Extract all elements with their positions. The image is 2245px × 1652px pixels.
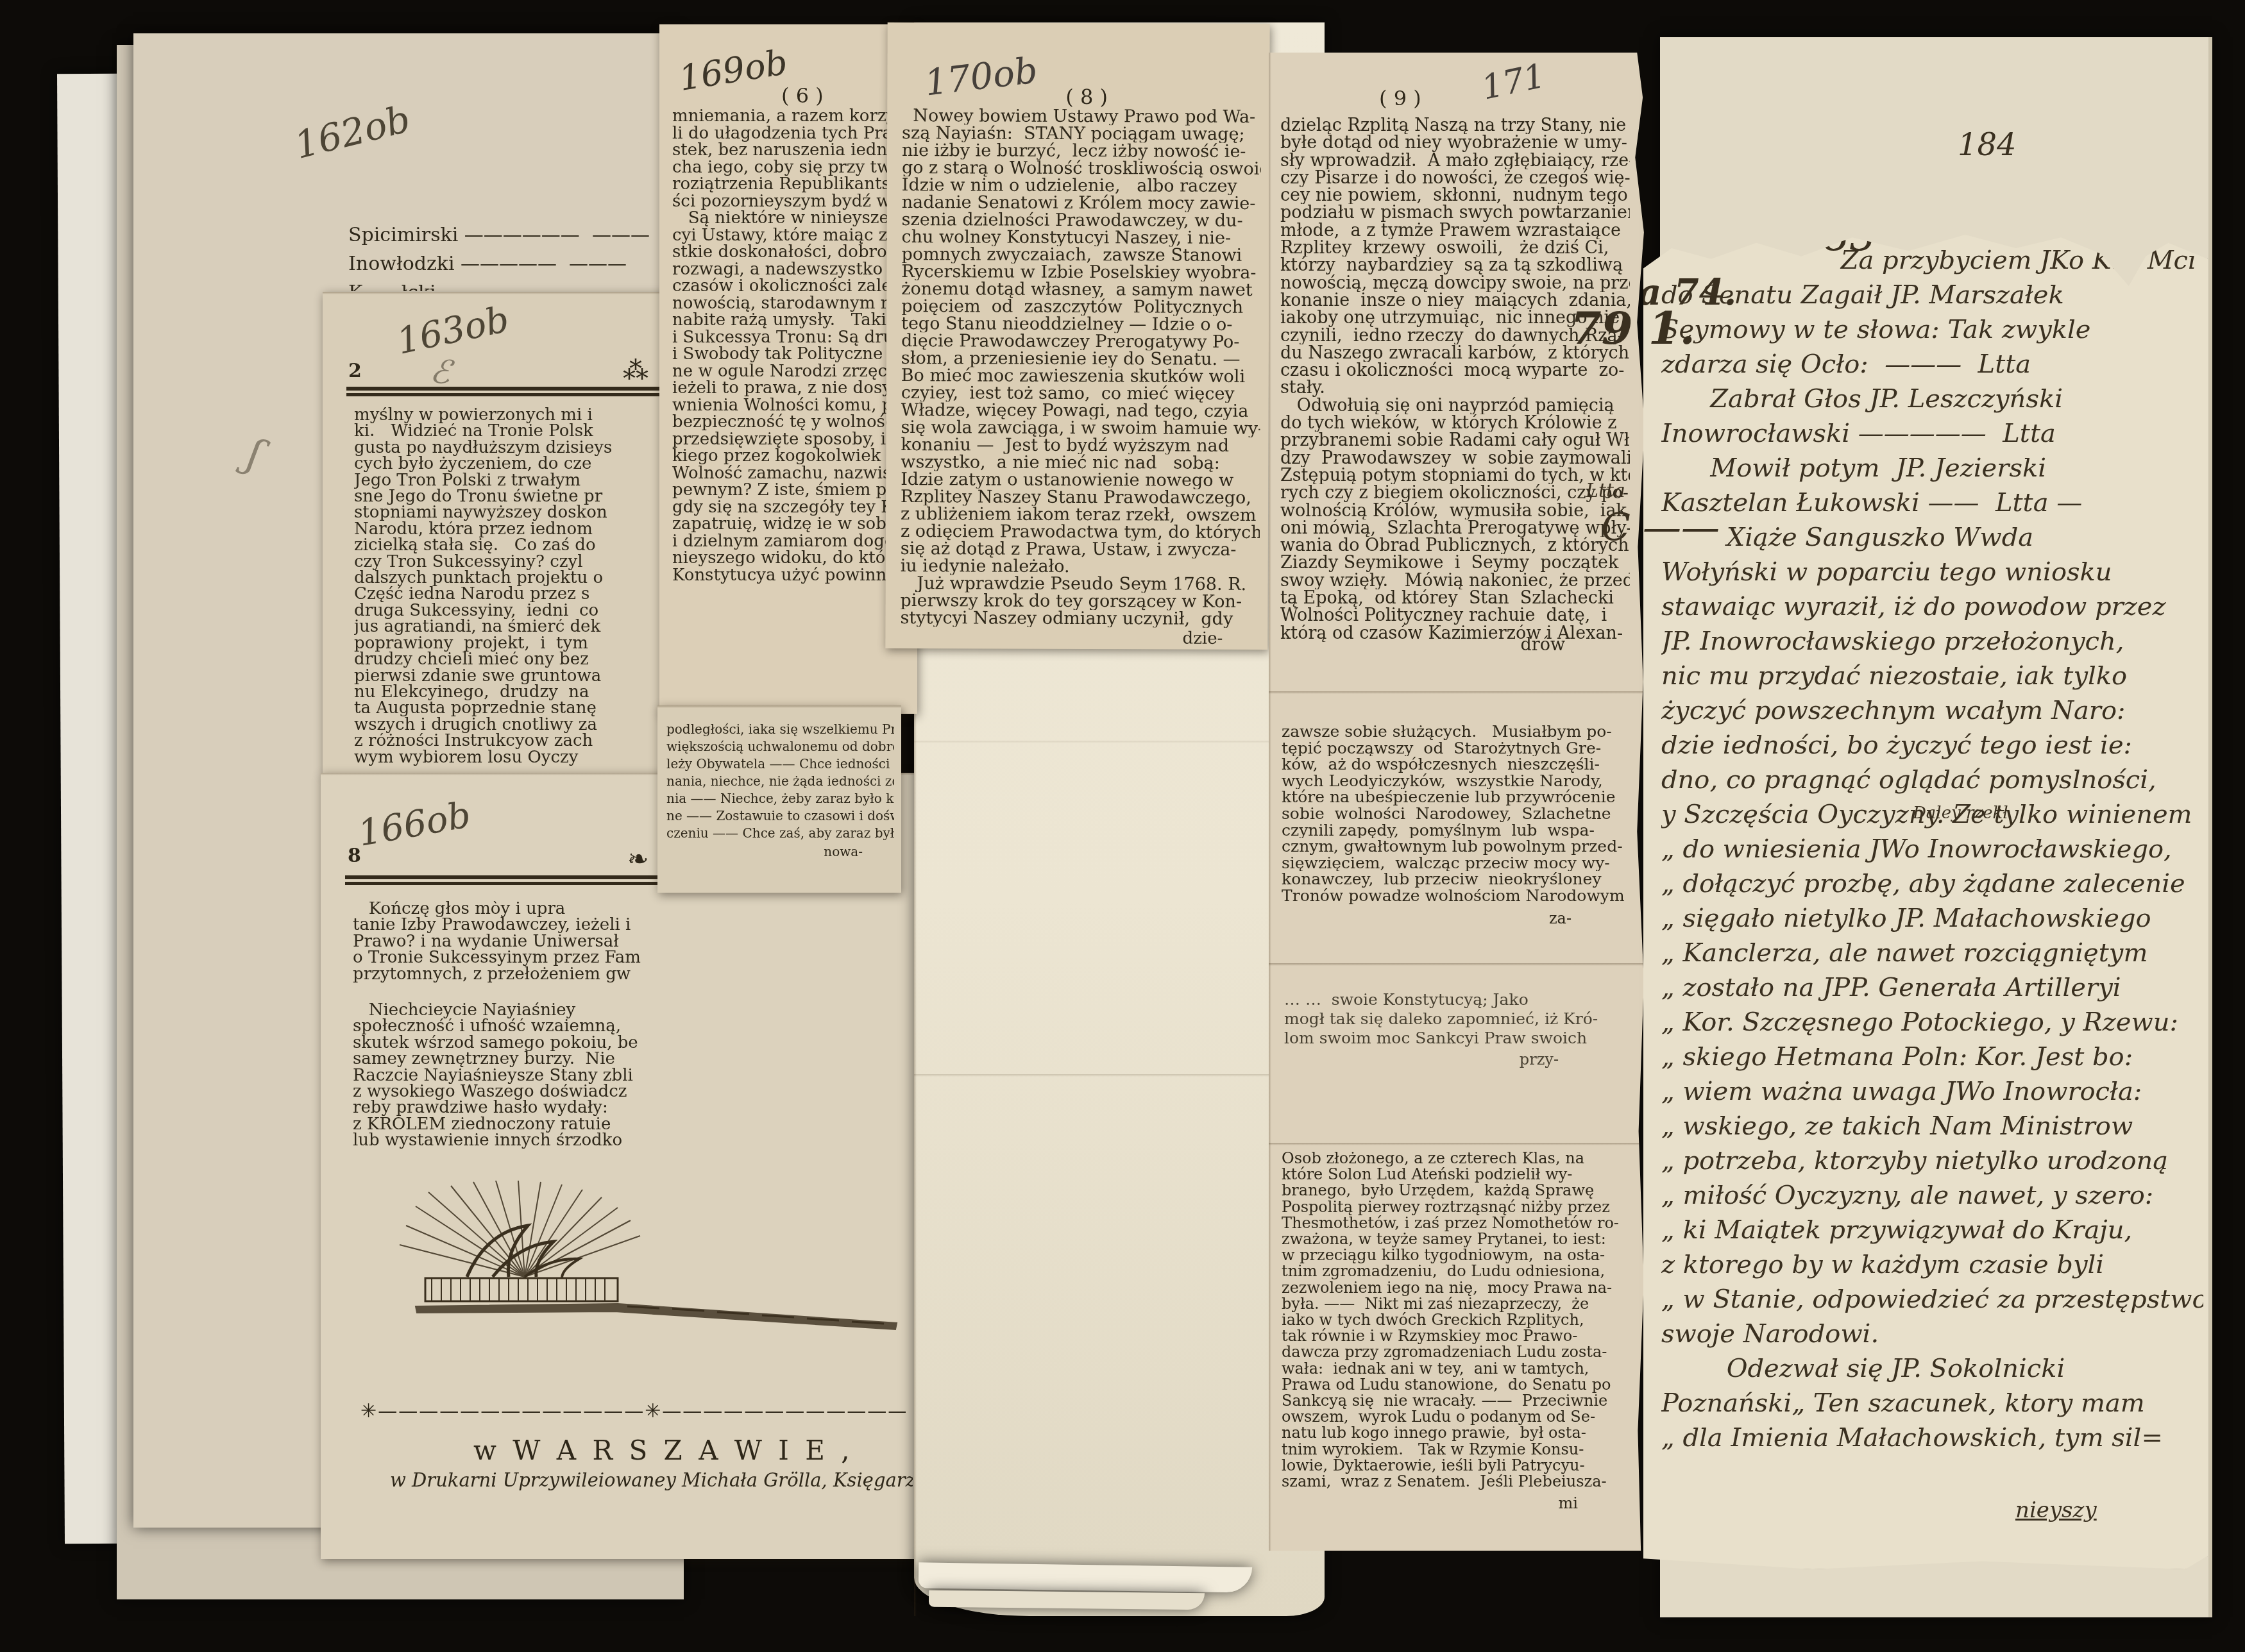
text-line: życzyć powszechnym wcałym Naro: [1661,693,2203,728]
list-item: K——łcki ———— ——— [348,278,672,291]
text-line: dno, co pragnąć oglądać pomyslności, [1661,763,2203,797]
text-line: dzieląc Rzplitą Naszą na trzy Stany, nie [1280,117,1630,134]
text-line: stały. [1280,379,1630,396]
text-line: wania do Obrad Publicznych, z których [1280,537,1630,554]
catchword: drów [1520,635,1565,655]
text-line: przedsięwzięte sposoby, iżby [672,431,906,448]
text-line: „ dołączyć prozbę, aby żądane zalecenie [1661,866,2203,901]
text-line: stytycyi Naszey odmiany uczynił, gdy [900,609,1259,628]
text-line: i dzielnym zamiarom dogod [672,533,906,550]
catchword: za- [1549,909,1571,927]
text-line: przytomnych, z przełożeniem gw [353,966,677,982]
text-line: z KROLEM ziednoczony ratuie [353,1117,677,1133]
text-line: tnim wyrokiem. Tak w Rzymie Konsu- [1282,1442,1631,1458]
text-line: cey nie powiem, skłonni, nudnym tego [1280,187,1630,204]
text-line: jus agratiandi, na śmierć dek [354,619,678,635]
text-line: sły wprowadził. A mało zgłębiaiący, rze- [1280,152,1630,169]
text-line: byłe dotąd od niey wyobrażenie w umy- [1280,134,1630,151]
text-line: ieżeli to prawa, z nie dosyć [672,380,906,397]
text-line: „ wiem ważna uwaga JWo Inowrocła: [1661,1074,2203,1109]
tally-dash: ————— ——— [461,253,627,275]
text-line: sne Jego do Tronu świetne pr [354,489,678,505]
text-line: się wola zawciąga, i w swoim hamuie wy- [901,419,1260,437]
text-line: „ do wniesienia JWo Inowrocławskiego, [1661,832,2203,866]
text-line: myślny w powierzonych mi i [354,407,678,423]
page-header: ( 8 ) [1065,85,1108,109]
text-line: Ziazdy Seymikowe i Seymy początek [1280,554,1630,571]
text-line: reby prawdziwe hasło wydały: [353,1100,677,1116]
text-line: które Solon Lud Ateński podzielił wy- [1282,1167,1631,1183]
text-line: iu iedynie należało. [901,557,1260,576]
text-line: „ Kor. Szczęsnego Potockiego, y Rzewu: [1661,1005,2203,1040]
text-line: swoje Narodowi. [1661,1317,2203,1351]
text-line: Rycerskiemu w Izbie Poselskiey wyobra- [901,263,1260,282]
text-line: Thesmothetów, i zaś przez Nomothetów ro- [1282,1215,1631,1231]
text-line: wszystko, a nie mieć nic nad sobą: [901,453,1260,472]
page-header: ( 6 ) [781,83,824,108]
text-line: dzy Prawodawszey w sobie zaymowali. [1280,450,1630,467]
text-line: oni mówią, Szlachta Prerogatywę wpły- [1280,519,1630,537]
text-line: Rzplitey Naszey Stanu Prawodawczego, [901,488,1260,507]
text-line: mniemania, a razem korzystaymy [672,108,906,125]
text-line: czasów i okoliczności zaletę, s [672,278,906,295]
text-line: swoy wzięły. Mówią nakoniec, że przed [1280,572,1630,589]
text-line: nie iżby ie burzyć, lecz iżby nowość ie- [902,142,1261,160]
text-line: dalszych punktach projektu o [354,570,678,586]
deputy-list: Spicimirski —————— ——— Inowłodzki ————— … [348,221,672,291]
text-line: nic mu przydać niezostaie, iak tylko [1661,659,2203,693]
printed-column-169: mniemania, a razem korzystaymyli do ułag… [672,108,906,584]
text-line: z odięciem Prawodactwa tym, do których [901,523,1260,541]
text-line: czyiey, iest toż samo, co mieć więcey [901,384,1260,403]
text-line: zważona, w teyże samey Prytanei, to iest… [1282,1231,1631,1247]
text-line: natu lub kogo innego prawie, był osta- [1282,1425,1631,1441]
text-line: wych Leodyiczyków, wszystkie Narody, [1282,773,1628,789]
text-line: tępić począwszy od Starożytnych Gre- [1282,740,1628,757]
text-line: Wolność zamachu, nazwisze [672,465,906,482]
deputy-name: Spicimirski [348,224,458,246]
interlinear-insertion: Daley rzekł [1913,804,2008,823]
text-line: się aż dotąd z Prawa, Ustaw, i zwycza- [901,540,1260,559]
sheet-163ob: 163ob 2 ℰ ⁂ myślny w powierzonych mi iki… [323,292,680,774]
text-line: większością uchwalonemu od dobrego na- [666,738,894,755]
book-page-edge-left [57,74,126,1544]
text-line: ści pozornieyszym bydź wyrażał [672,193,906,210]
text-line: podległości, iaka się wszelkiemu Prawu [666,721,894,738]
text-line: pierwsi zdanie swe gruntowa [354,668,678,684]
text-line: Sankcyą się nie wracały. —— Przeciwnie [1282,1393,1631,1409]
text-line: Narodu, która przez iednom [354,521,678,537]
text-line: Bo mieć moc zawieszenia skutków woli [901,367,1260,385]
text-line: pomnych zwyczaiach, zawsze Stanowi [901,246,1260,264]
text-line: leży Obywatela —— Chce iedności wyko- [666,755,894,773]
text-line: wym wybiorem losu Oyczy [354,750,678,766]
text-line: nowością, męczą dowcipy swoie, na prze- [1280,274,1630,292]
text-line: z różności Instrukcyow zach [354,733,678,749]
text-line: cych było życzeniem, do cze [354,456,678,472]
text-line: zawsze sobie służących. Musiałbym po- [1282,723,1628,740]
text-line: wszych i drugich cnotliwy za [354,717,678,733]
text-line: Niechcieycie Nayiaśniey [353,1002,677,1018]
text-line: konawczey, lub przeciw nieokryśloney [1282,871,1628,888]
catchword: nieyszy [2015,1497,2097,1523]
text-line: w przeciągu kilko tygodniowym, na osta- [1282,1247,1631,1263]
text-line: podziału w pismach swych powtarzaniem, [1280,204,1630,221]
text-line: cznym, gwałtownym lub powolnym przed- [1282,838,1628,855]
page-number: 8 [348,845,361,867]
text-line: czasu i okoliczności mocą wyparte zo- [1280,362,1630,379]
text-line: tnim zgromadzeniu, do Ludu odniesiona, [1282,1263,1631,1279]
text-line: „ skiego Hetmana Poln: Kor. Jest bo: [1661,1040,2203,1074]
printed-fragment-1: … … swoie Konstytucyą; Jakomogł tak się … [1284,990,1631,1048]
text-line: dawcza przy zgromadzeniach Ludu zosta- [1282,1344,1631,1360]
text-line: nabite rażą umysły. Takiemi [672,312,906,329]
tally-dash: ———— ——— [442,282,589,291]
text-line: przybranemi sobie Radami cały oguł Wła- [1280,432,1630,449]
pencil-squiggle-icon: ʃ [242,430,267,479]
printed-paragraph-2: Niechcieycie Nayiaśnieyspołeczność i ufn… [353,1002,677,1149]
page-fore-edge [929,1590,1205,1610]
text-line: drudzy chcieli mieć ony bez [354,652,678,668]
page-number: 2 [348,360,362,382]
text-line: skutek wśrzod samego pokoiu, be [353,1035,677,1051]
text-line: Idzie zatym o ustanowienie nowego w [901,471,1260,489]
text-line: poięciem od zaszczytów Politycznych [901,298,1260,316]
text-line: Są niektóre w ninieyszey K [672,210,906,227]
text-line: „ sięgało nietylko JP. Małachowskiego [1661,901,2203,936]
text-line: sięwzięciem, walcząc przeciw mocy wy- [1282,855,1628,872]
text-line: … … swoie Konstytucyą; Jako [1284,990,1631,1009]
text-line: Rzplitey krzewy oswoili, że dziś Ci, [1280,239,1630,257]
printed-column-163: myślny w powierzonych mi iki. Widzieć na… [354,407,678,766]
text-line: Inowrocławski ————— Ltta [1661,416,2203,451]
text-line: Kasztelan Łukowski —— Ltta — [1661,485,2203,520]
text-line: Nowey bowiem Ustawy Prawo pod Wa- [902,107,1261,126]
sheet-169ob: 169ob ( 6 ) mniemania, a razem korzystay… [659,24,917,714]
marginal-note-ltta: Ltta [1586,480,1625,502]
text-line: ta Augusta poprzednie stanę [354,700,678,716]
deputy-name: K——łcki [348,282,436,291]
text-line: stopniami naywyższey doskon [354,505,678,521]
list-item: Inowłodzki ————— ——— [348,249,672,278]
text-line: wolnością Królów, wymusiła sobie, iak [1280,502,1630,519]
page-number-184: 184 [1958,127,2017,163]
folio-label-162ob: 162ob [290,97,414,167]
text-line: cha iego, coby się przy twardsz [672,159,906,176]
catchword: mi [1559,1494,1578,1512]
text-line: Kończę głos mòy i upra [353,901,677,917]
text-line: „ Kanclerza, ale nawet rozciągniętym [1661,936,2203,970]
text-line: do tych wieków, w których Królowie z [1280,414,1630,432]
text-line: czeniu —— Chce zaś, aby zaraz było sza- [666,825,894,842]
catchword: dzie- [1182,629,1223,648]
folio-label-170ob: 170ob [922,49,1040,104]
text-line: Seymowy w te słowa: Tak zwykle [1661,312,2203,347]
text-line: Władze, więcey Powagi, nad tego, czyia [901,401,1260,420]
text-line: Konstytucya użyć powinna by [672,567,906,584]
text-line: z ktorego by w każdym czasie byli [1661,1247,2203,1282]
text-line: słom, a przeniesienie iey do Senatu. — [901,350,1260,368]
tally-dash: —————— ——— [464,224,650,246]
text-line: stkie doskonałości, dobroci, s [672,244,906,261]
text-line: „ miłość Oyczyzny, ale nawet, y szero: [1661,1178,2203,1213]
text-line: młode, a z tymże Prawem wzrastaiące [1280,222,1630,239]
deputy-name: Inowłodzki [348,253,454,275]
text-line: wała: iednak ani w tey, ani w tamtych, [1282,1361,1631,1377]
text-line: szenia dzielności Prawodawczey, w du- [902,211,1261,230]
text-line: kiego przez kogokolwiek bą [672,448,906,465]
text-line: nu Elekcyinego, drudzy na [354,684,678,700]
text-line: którzy naybardziey są za tą szkodliwą [1280,257,1630,274]
text-line: nania, niechce, nie żąda iedności zda- [666,773,894,790]
text-line: wnienia Wolności komu, powid [672,397,906,414]
text-line: „ zostało na JPP. Generała Artilleryi [1661,970,2203,1005]
folio-label-163ob: 163ob [393,298,513,362]
text-line: o Tronie Sukcessyinym przez Fam [353,950,677,966]
text-line: ne w ogule Narodzi zrzęczaią [672,363,906,380]
text-line: rozwagi, a nadewszystko stosow [672,261,906,278]
text-line: Mowił potym JP. Jezierski [1661,451,2203,485]
text-line: mogł tak się daleko zapomnieć, iż Kró- [1284,1009,1631,1029]
text-line: nia —— Niechce, żeby zaraz było kocha- [666,790,894,807]
text-line: owszem, wyrok Ludu o podanym od Se- [1282,1409,1631,1425]
text-line: czy Pisarze i do nowości, że czegoś wię- [1280,169,1630,187]
text-line: Prawa od Ludu stanowione, do Senatu po [1282,1377,1631,1393]
text-line: bezpieczność tę y wolności, [672,414,906,431]
imprint-press-line: w Drukarni Uprzywileiowaney Michała Gröl… [390,1469,913,1491]
text-line: gdy się na szczegóły tey K [672,499,906,516]
archival-scan: { "colors": { "background": "#0d0b08", "… [0,0,2245,1652]
text-line: które na ubeśpieczenie lub przywrócenie [1282,789,1628,805]
text-line: Zabrał Głos JP. Leszczyński [1661,382,2203,416]
printed-fragment-2: Osob złożonego, a ze czterech Klas, nakt… [1282,1150,1631,1490]
text-line: stek, bez naruszenia iednak ist [672,142,906,159]
text-line: roziątrzenia Republikantskiey tr [672,176,906,193]
text-line: zdarza się Ocło: ——— Ltta [1661,347,2203,382]
text-line: konaniu — Jest to bydź wyższym nad [901,436,1260,455]
page-header: ( 9 ) [1379,86,1421,110]
printed-paragraph-1: Kończę głos mòy i upratanie Izby Prawoda… [353,901,677,982]
text-line: Raczcie Nayiaśnieysze Stany zbli [353,1068,677,1084]
text-line: z ubliżeniem iakom teraz rzekł, owszem [901,505,1260,524]
text-line: dzie iedności, bo życzyć tego iest ie: [1661,728,2203,763]
text-line: JP. Inowrocławskiego przełożonych, [1661,624,2203,659]
text-line: do Senatu Zagaił JP. Marszałek [1661,278,2203,312]
text-line: Odwołuią się oni nayprzód pamięcią [1280,397,1630,414]
printed-block-2: zawsze sobie służących. Musiałbym po-tęp… [1282,723,1628,904]
text-line: tą Epoką, od którey Stan Szlachecki [1280,589,1630,607]
text-line: Zstępuią potym stopniami do tych, w któ- [1280,467,1630,484]
text-line: Wolności Polityczney rachuie datę, i [1280,607,1630,624]
text-line: „ wskiego, ze takich Nam Ministrow [1661,1109,2203,1143]
text-line: stawaiąc wyraził, iż do powodow przez [1661,589,2203,624]
text-line: żonemu dotąd własney, a samym nawet [901,280,1260,299]
text-line: lowie, Dyktaerowie, ieśli byli Patrycyu- [1282,1458,1631,1474]
text-line: czynili zapędy, pomyślnym lub wspa- [1282,822,1628,839]
marginal-note-session: 79 1. [1570,301,1695,355]
printed-block-1: dzieląc Rzplitą Naszą na trzy Stany, nie… [1280,117,1630,642]
folio-label-169ob: 169ob [676,42,790,99]
text-line: była. —— Nikt mi zaś niezaprzeczy, że [1282,1296,1631,1312]
text-line: Idzie w nim o udzielenie, albo raczey [902,176,1261,195]
aldine-ornament-icon: ⁂ [623,356,648,385]
text-line: Pospolitą pierwey roztrząsnąć niżby prze… [1282,1199,1631,1215]
text-line: społeczność i ufność wzaiemną, [353,1018,677,1034]
text-line: go z starą o Wolność troskliwością oswoi… [902,159,1261,178]
text-line: „ potrzeba, ktorzyby nietylko urodzoną [1661,1143,2203,1178]
text-line: ne —— Zostawuie to czasowi i doświad- [666,807,894,825]
imprint-city: w W A R S Z A W I E , [473,1435,854,1466]
text-line: li do ułagodzenia tych Prawa t [672,125,906,142]
text-line: „ w Stanie, odpowiedzieć za przestępstwo [1661,1282,2203,1317]
fragment-podleglosci: podległości, iaka się wszelkiemu Prawuwi… [657,705,901,893]
text-line: zapatruię, widzę ie w sobie [672,516,906,533]
text-line: Prawo? i na wydanie Uniwersał [353,934,677,950]
folio-label-166ob: 166ob [355,794,474,855]
text-line: lub wystawienie innych śrzodko [353,1133,677,1149]
text-line: Poznański„ Ten szacunek, ktory mam [1661,1386,2203,1420]
text-line: Jego Tron Polski z trwałym [354,473,678,489]
text-line: druga Sukcessyiny, iedni co [354,603,678,619]
text-line: chu wolney Konstytucyi Naszey, i nie- [901,228,1260,247]
text-line: iako w tych dwóch Greckich Rzplitych, [1282,1312,1631,1328]
text-line: nadanie Senatowi z Królem mocy zawie- [902,194,1261,212]
text-line: szą Nayiaśn: STANY pociągam uwagę; [902,124,1261,143]
text-line: Wołyński w poparciu tego wniosku [1661,555,2203,589]
text-line: tego Stanu nieoddzielney — Idzie o o- [901,315,1260,333]
text-line: Osob złożonego, a ze czterech Klas, na [1282,1150,1631,1167]
text-line: gusta po naydłuższym dzisieys [354,440,678,456]
text-line: którą od czasów Kazimierzów i Alexan- [1280,625,1630,642]
text-line: ków, aż do współczesnych nieszczęśli- [1282,756,1628,773]
catchword: przy- [1520,1050,1559,1068]
text-line: ki. Widzieć na Tronie Polsk [354,423,678,439]
text-line: branego, było Urzędem, każdą Sprawę [1282,1183,1631,1199]
text-line: szami, wraz z Senatem. Jeśli Plebeiusza- [1282,1474,1631,1490]
text-line: zezwoleniem iego na nię, mocy Prawa na- [1282,1280,1631,1296]
text-line: „ ki Maiątek przywiązywał do Kraju, [1661,1213,2203,1247]
floral-ornament-icon: ❧ [627,845,649,874]
text-line: poprawiony projekt, i tym [354,636,678,652]
text-line: i Sukcessya Tronu: Są drugie [672,329,906,346]
text-line: z wysokiego Waszego doświadcz [353,1084,677,1100]
text-line: Odezwał się JP. Sokolnicki [1661,1351,2203,1386]
text-line: rych czy z biegiem okoliczności, czy po- [1280,484,1630,501]
text-line: zicielką stała się. Co zaś do [354,537,678,553]
text-line: Już wprawdzie Pseudo Seym 1768. R. [901,575,1260,593]
marginal-note-c: C —— [1601,505,1720,550]
printed-column-170: Nowey bowiem Ustawy Prawo pod Wa-szą Nay… [900,107,1261,628]
manuscript-page-183: 183 a 74. Za przybyciem JKo Kro Mcido Se… [1643,221,2208,1569]
text-line: cyi Ustawy, które maiąc za so [672,227,906,244]
sunburst-vignette-engraving [390,1181,910,1341]
list-item: Spicimirski —————— ——— [348,221,672,249]
manuscript-text: Za przybyciem JKo Kro Mcido Senatu Zagai… [1661,243,2203,1455]
text-line: nieyszego widoku, do którego [672,550,906,567]
text-line: i Swobody tak Polityczne iako [672,346,906,363]
page-fore-edge [919,1562,1253,1592]
folio-label-171: 171 [1478,56,1549,107]
text-line: samey zewnętrzney burzy. Nie [353,1051,677,1067]
text-line: czy Tron Sukcessyiny? czyl [354,554,678,570]
printed-fragment: podległości, iaka się wszelkiemu Prawuwi… [666,721,894,842]
text-line: tanie Izby Prawodawczey, ieżeli i [353,917,677,933]
sheet-170ob: 170ob ( 8 ) Nowey bowiem Ustawy Prawo po… [885,22,1269,650]
catchword: nowa- [824,844,863,859]
text-line: pewnym? Z iste, śmiem powie [672,482,906,499]
text-line: Xiąże Sanguszko Wwda [1661,520,2203,555]
text-line: Tronów powadze wolnościom Narodowym [1282,888,1628,904]
text-line: lom swoim moc Sankcyi Praw swoich [1284,1029,1631,1048]
text-line: dięcie Prawodawczey Prerogatywy Po- [901,332,1260,351]
page-171: 171 ( 9 ) dzieląc Rzplitą Naszą na trzy … [1269,53,1648,1551]
text-line: tak równie i w Rzymskiey moc Prawo- [1282,1328,1631,1344]
text-line: „ dla Imienia Małachowskich, tym sil= [1661,1420,2203,1455]
text-line: nowością, starodawnym rzeczy [672,295,906,312]
text-line: pierwszy krok do tey gorszącey w Kon- [901,592,1260,611]
text-line: Część iedna Narodu przez s [354,586,678,602]
text-line: sobie wolności Narodowey, Szlachetne [1282,805,1628,822]
imprint-rule: ✳—————————————✳——————————————✳——————————… [360,1400,906,1422]
